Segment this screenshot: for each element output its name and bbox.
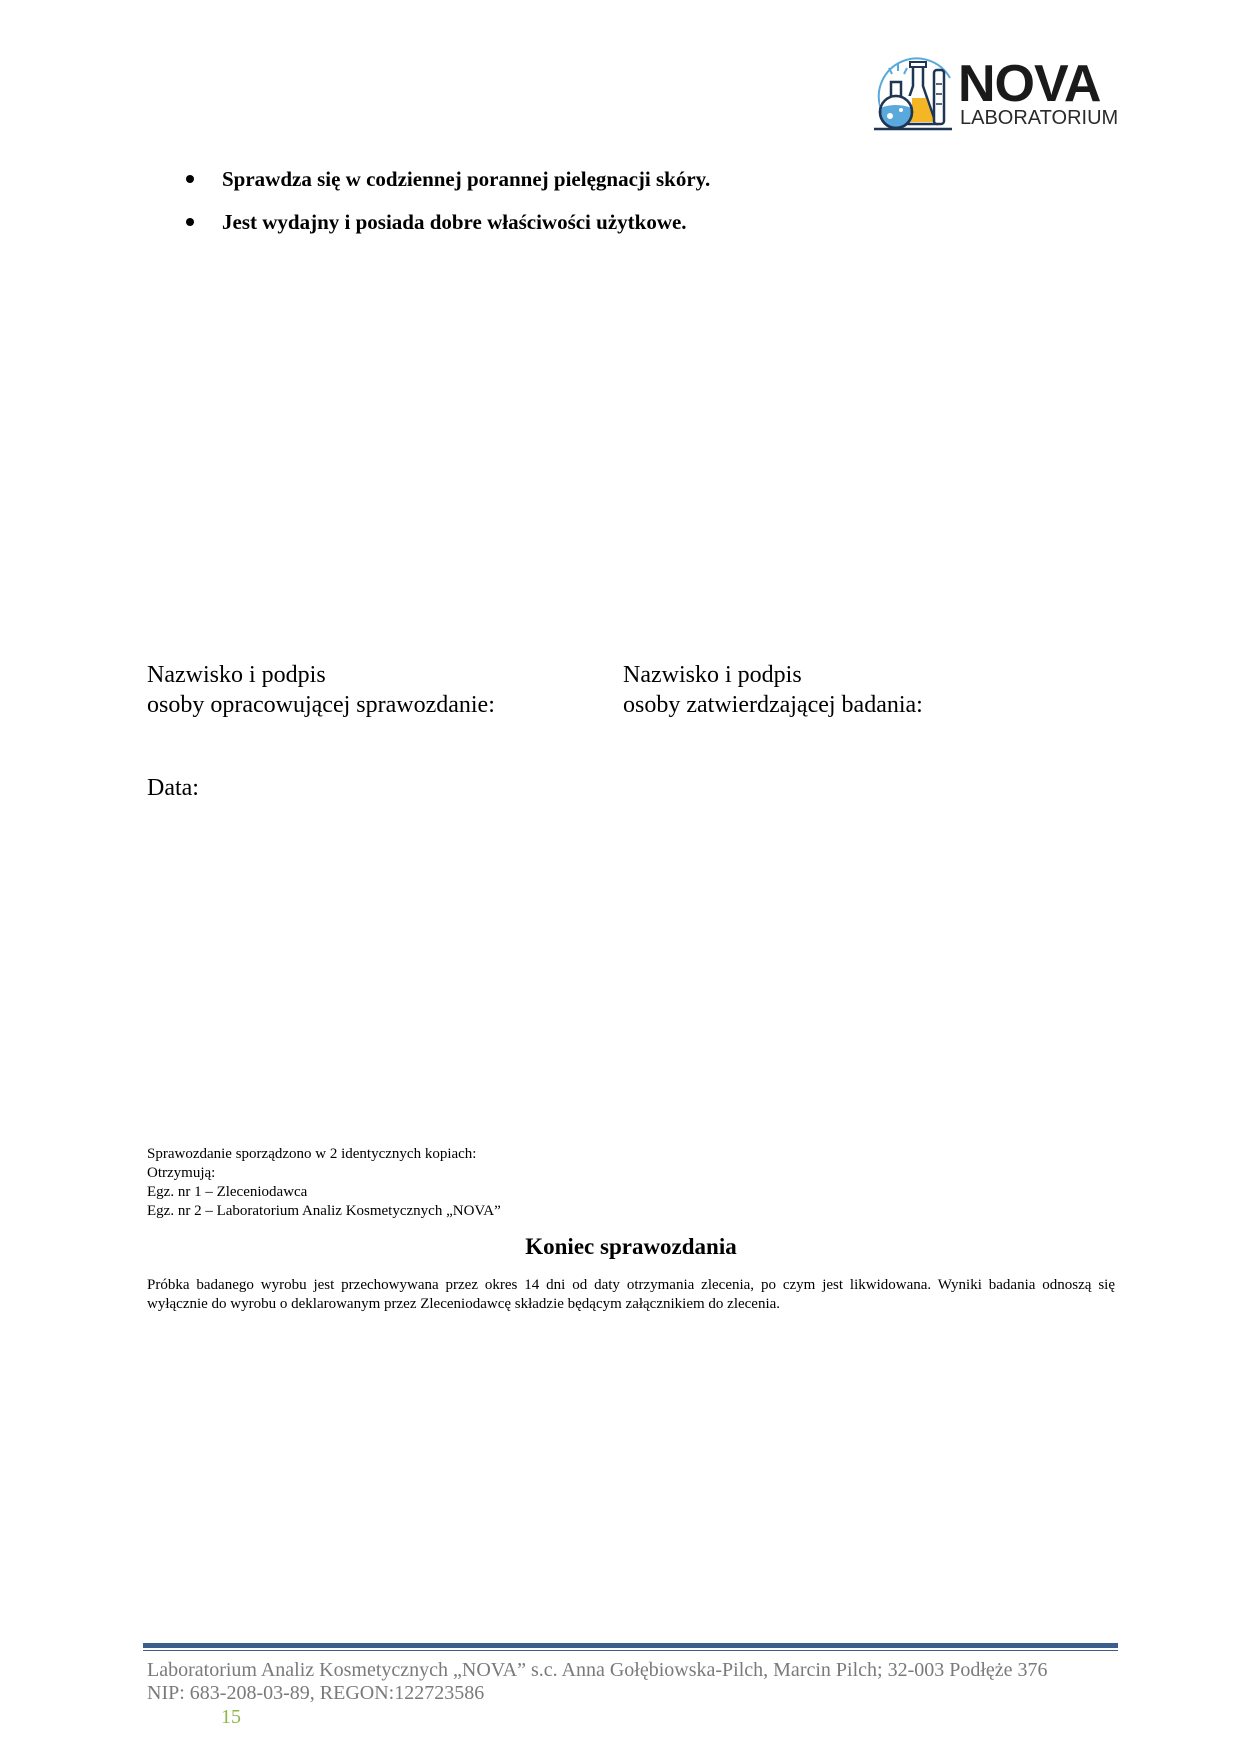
logo-subtitle: LABORATORIUM [960,108,1118,128]
footer-divider [143,1643,1118,1651]
sample-retention-note: Próbka badanego wyrobu jest przechowywan… [147,1276,1115,1314]
footer-address: Laboratorium Analiz Kosmetycznych „NOVA”… [147,1659,1048,1682]
bullet-text: Jest wydajny i posiada dobre właściwości… [222,210,687,234]
signature-label-line1: Nazwisko i podpis [147,660,495,690]
signature-block-approver: Nazwisko i podpis osoby zatwierdzającej … [623,660,923,720]
bullet-icon [186,175,194,183]
conclusion-bullet-list: Sprawdza się w codziennej porannej pielę… [183,158,710,244]
date-label: Data: [147,773,199,803]
bullet-item: Jest wydajny i posiada dobre właściwości… [183,201,710,244]
copies-line: Egz. nr 1 – Zleceniodawca [147,1183,501,1202]
bullet-text: Sprawdza się w codziennej porannej pielę… [222,167,710,191]
signature-label-line2: osoby opracowującej sprawozdanie: [147,690,495,720]
nova-logo: NOVA LABORATORIUM [870,56,1120,136]
copies-info: Sprawozdanie sporządzono w 2 identycznyc… [147,1145,501,1221]
end-of-report-heading: Koniec sprawozdania [0,1233,1241,1261]
page-number: 15 [221,1706,241,1729]
logo-title: NOVA [958,58,1100,110]
signature-label-line1: Nazwisko i podpis [623,660,923,690]
bullet-item: Sprawdza się w codziennej porannej pielę… [183,158,710,201]
bullet-icon [186,218,194,226]
copies-line: Otrzymują: [147,1164,501,1183]
signature-block-preparer: Nazwisko i podpis osoby opracowującej sp… [147,660,495,720]
copies-line: Sprawozdanie sporządzono w 2 identycznyc… [147,1145,501,1164]
lab-flasks-icon [870,56,960,136]
signature-label-line2: osoby zatwierdzającej badania: [623,690,923,720]
footer-company-info: Laboratorium Analiz Kosmetycznych „NOVA”… [147,1659,1048,1705]
footer-tax-ids: NIP: 683-208-03-89, REGON:122723586 [147,1682,1048,1705]
copies-line: Egz. nr 2 – Laboratorium Analiz Kosmetyc… [147,1202,501,1221]
